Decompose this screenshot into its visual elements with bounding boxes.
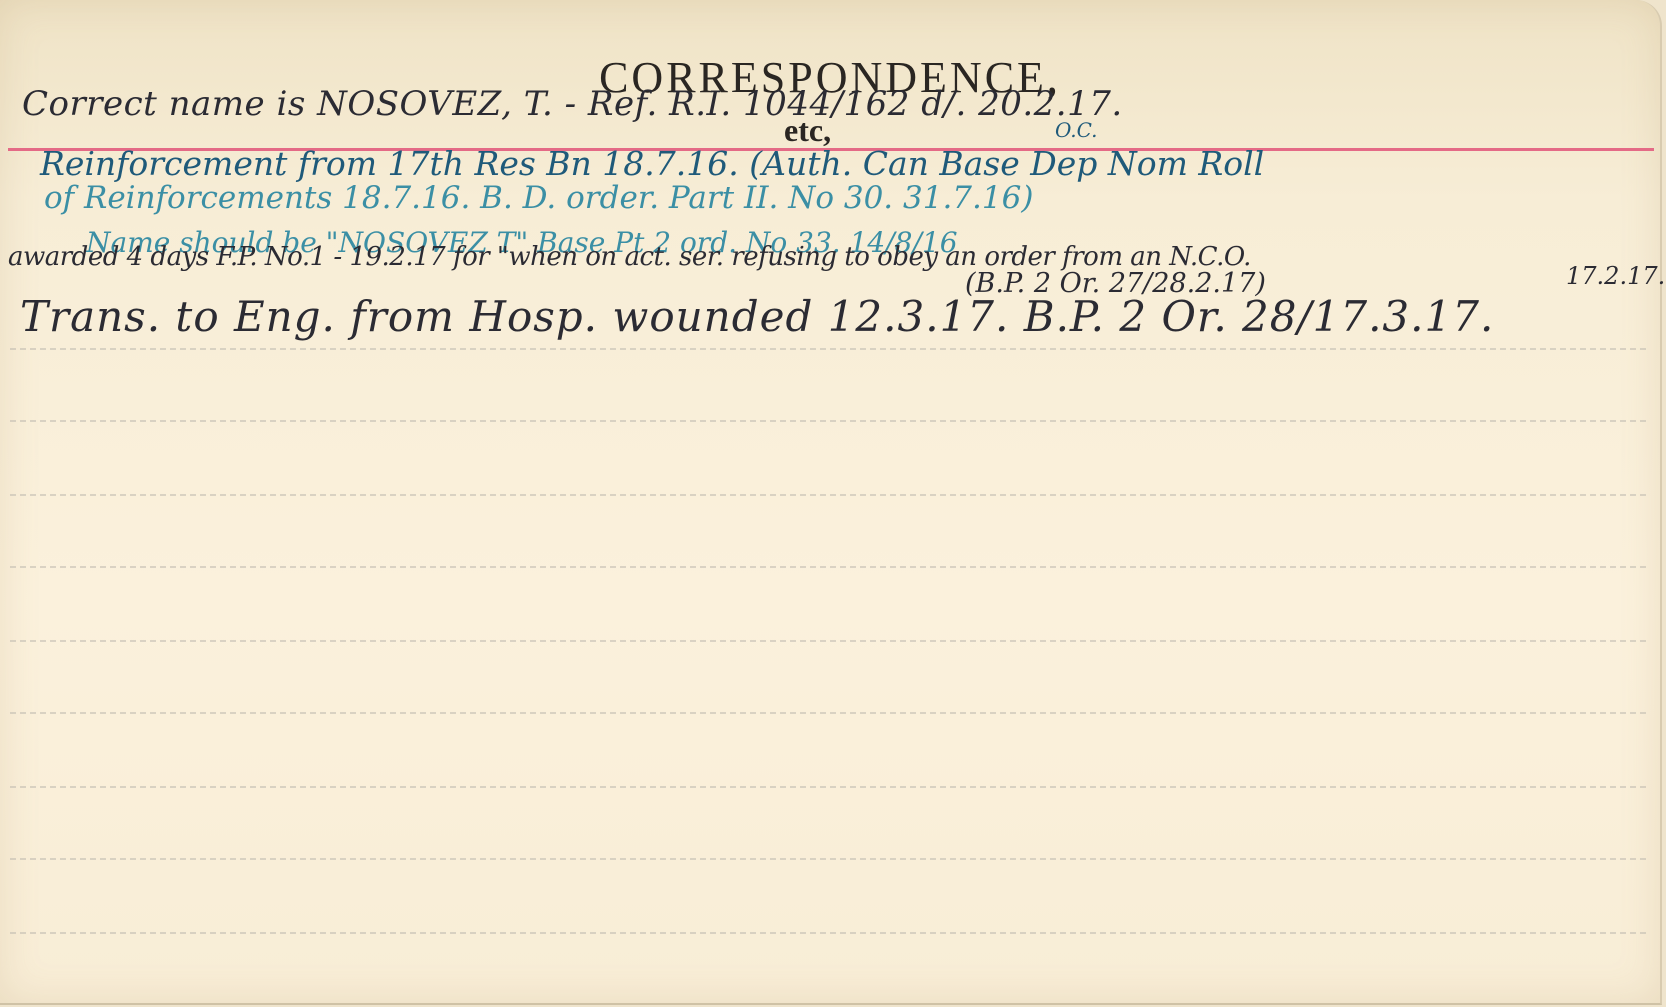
ruled-line	[10, 786, 1650, 788]
ruled-line	[10, 494, 1650, 496]
entry-award-date: 17.2.17.	[1566, 262, 1665, 290]
ruled-line	[10, 348, 1650, 350]
entry-reinforcement: Reinforcement from 17th Res Bn 18.7.16. …	[40, 144, 1264, 183]
record-card: CORRESPONDENCE, etc, Correct name is NOS…	[0, 0, 1662, 1005]
ruled-line	[10, 566, 1650, 568]
ruled-line	[10, 858, 1650, 860]
entry-transfer: Trans. to Eng. from Hosp. wounded 12.3.1…	[20, 292, 1494, 341]
ruled-line	[10, 932, 1650, 934]
entry-name-correction: Correct name is NOSOVEZ, T. - Ref. R.I. …	[22, 84, 1123, 124]
ruled-line	[10, 712, 1650, 714]
ruled-line	[10, 640, 1650, 642]
ruled-line	[10, 420, 1650, 422]
entry-reinforcement-cont: of Reinforcements 18.7.16. B. D. order. …	[44, 180, 1033, 216]
entry-annotation-oc: O.C.	[1055, 118, 1098, 142]
